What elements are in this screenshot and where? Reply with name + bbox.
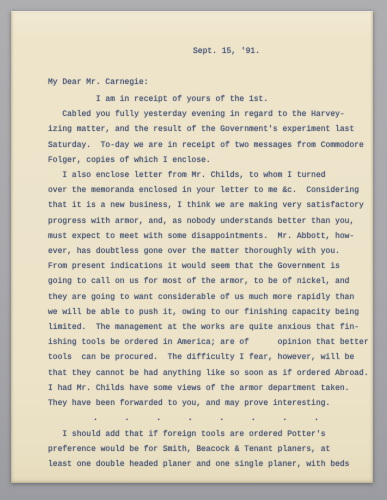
letter-postscript: I should add that if foreign tools are o…: [48, 427, 349, 473]
letter-salutation: My Dear Mr. Carnegie:: [48, 75, 149, 90]
letter-date: Sept. 15, '91.: [193, 44, 260, 59]
letter-body: I am in receipt of yours of the 1st. Cab…: [48, 92, 369, 411]
photo-background: Sept. 15, '91. My Dear Mr. Carnegie: I a…: [0, 0, 387, 500]
section-separator-dots: . . . . . . . .: [48, 411, 364, 426]
letter-page: Sept. 15, '91. My Dear Mr. Carnegie: I a…: [11, 11, 373, 483]
